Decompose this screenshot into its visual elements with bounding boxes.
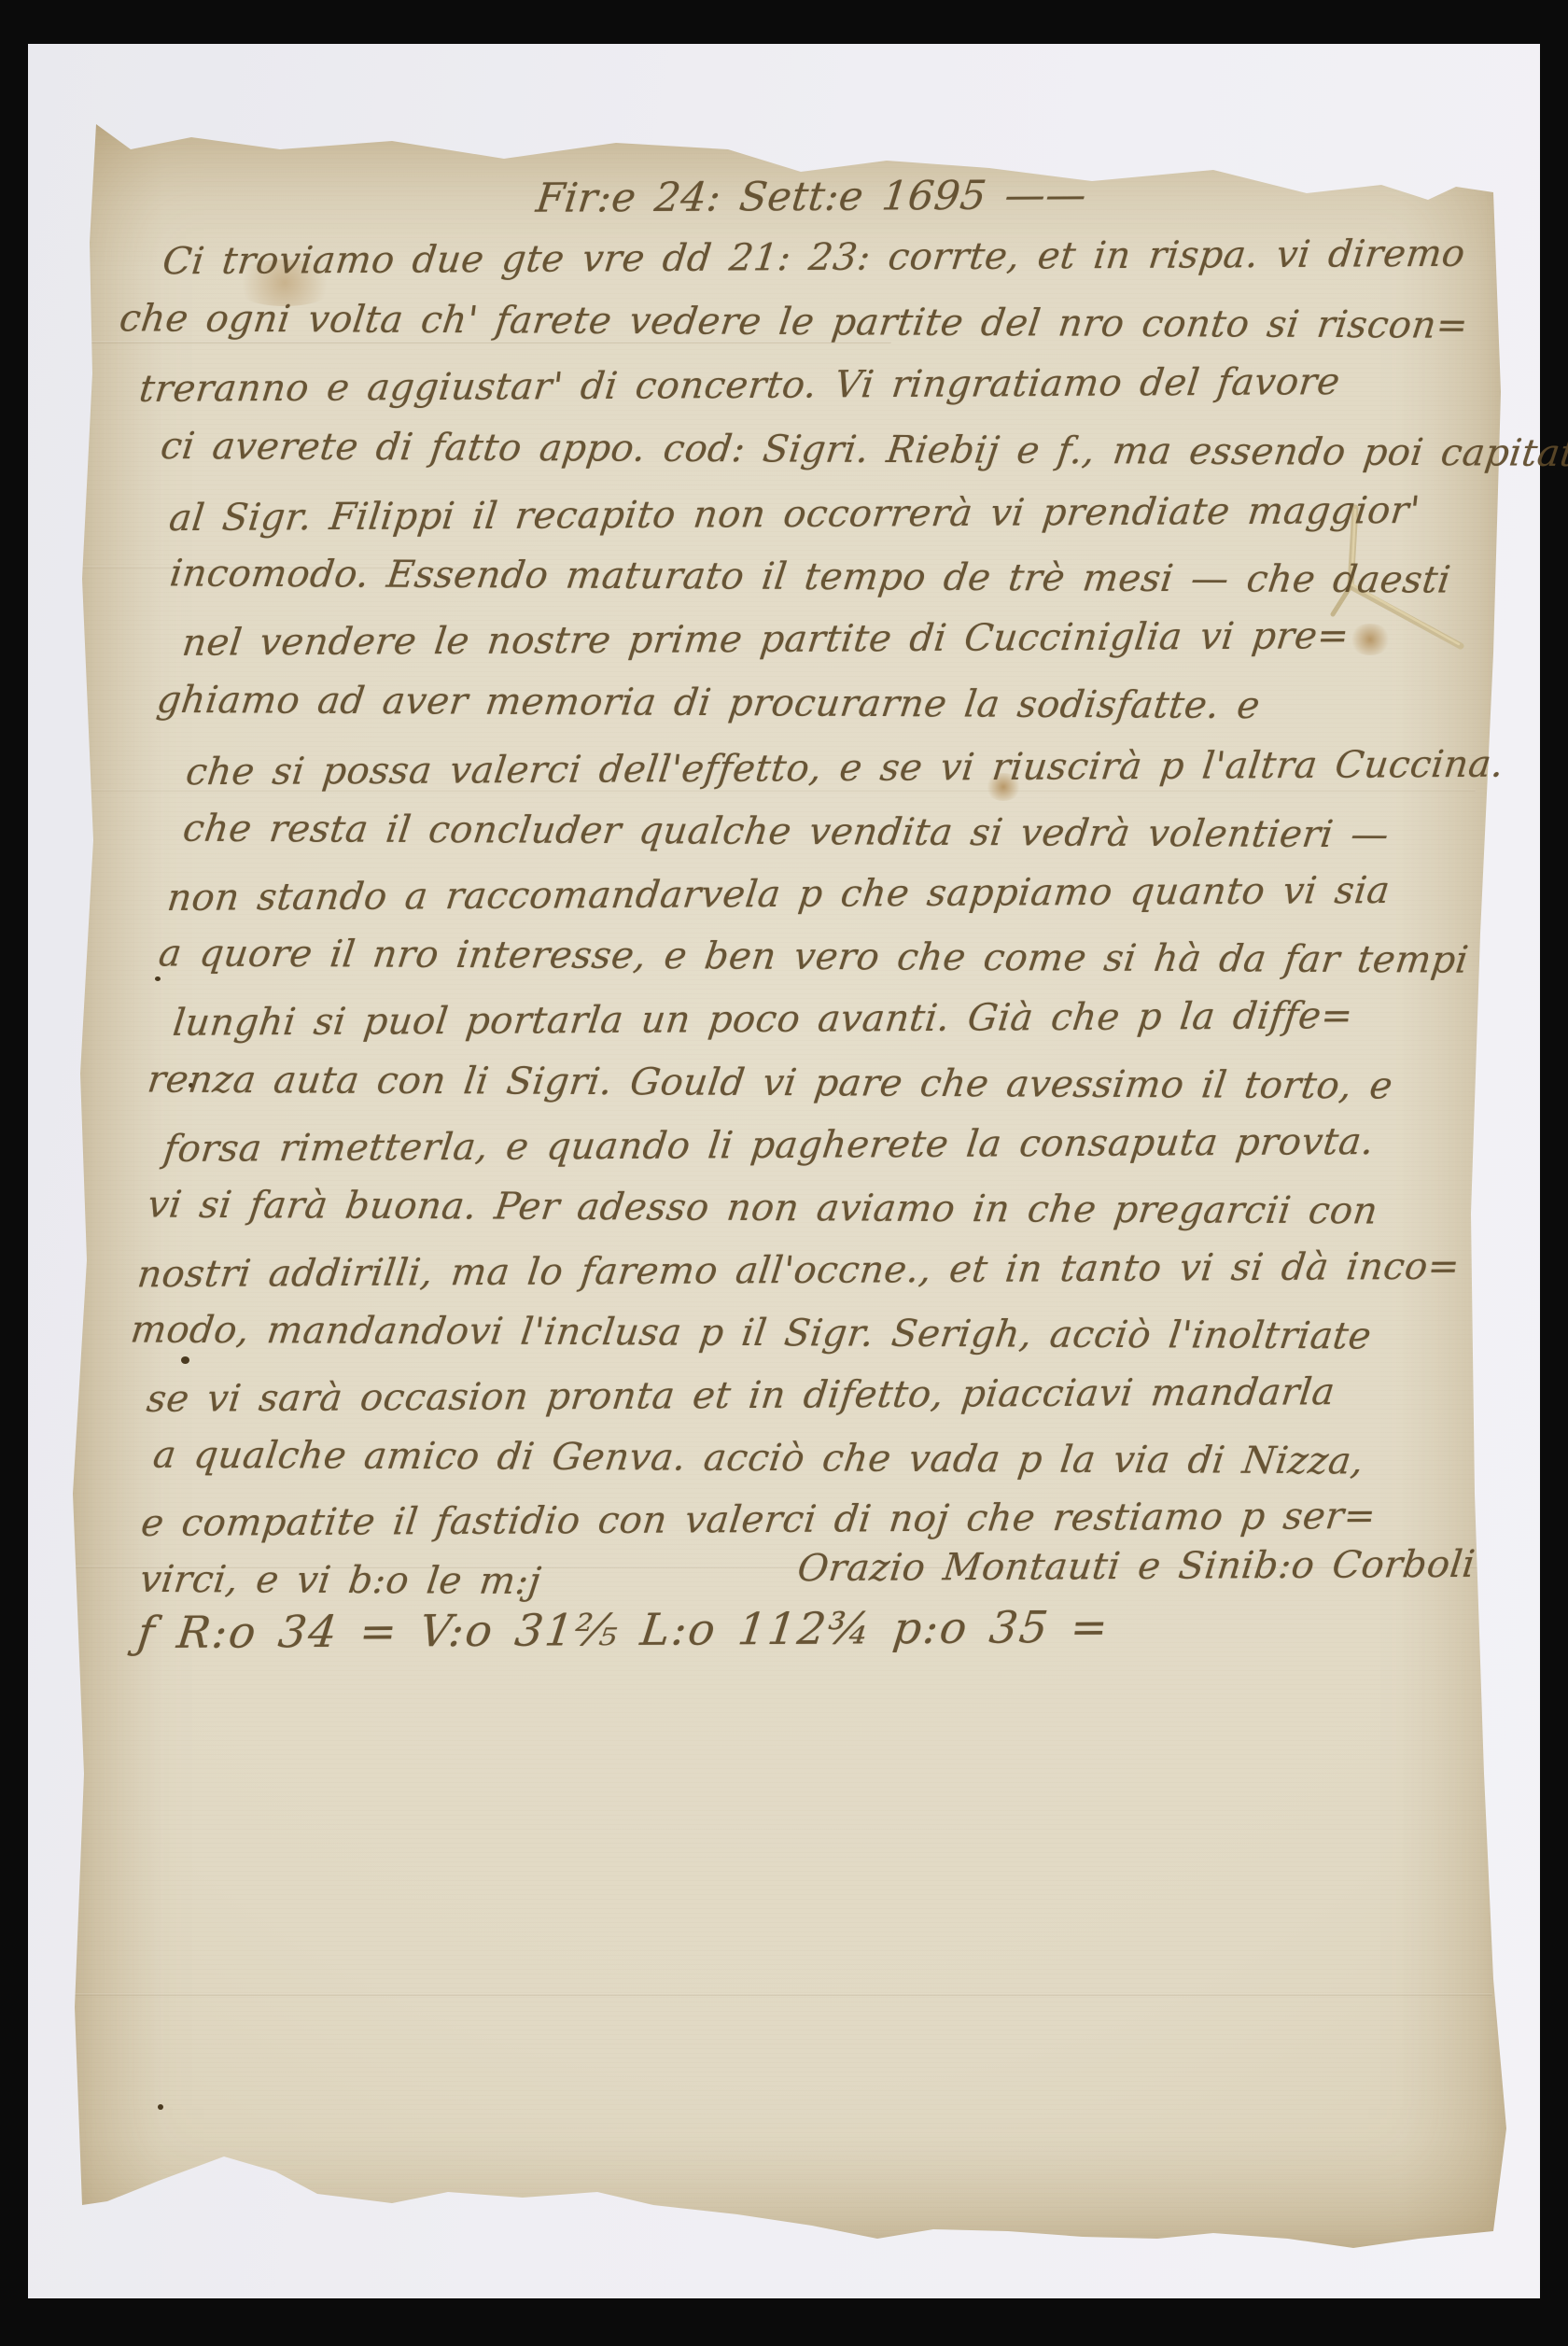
letter-line: non stando a raccomandarvela p che sappi… [164,860,1393,929]
letter-line: modo, mandandovi l'inclusa p il Sigr. Se… [127,1299,1375,1368]
ink-speck [158,2104,163,2110]
letter-line: renza auta con li Sigri. Gould vi pare c… [144,1049,1396,1117]
photograph-of-letter: Fir:e 24: Sett:e 1695 —— Ci troviamo due… [0,0,1568,2346]
letter-line: che ogni volta ch' farete vedere le part… [116,288,1472,357]
accounting-line: ƒ R:o 34 = V:o 31⅖ L:o 112¾ p:o 35 = [134,1597,1113,1665]
letter-line: ghiamo ad aver memoria di procurarne la … [153,669,1264,737]
letter-line: treranno e aggiustar' di concerto. Vi ri… [136,351,1344,420]
letter-line: a qualche amico di Genva. acciò che vada… [149,1425,1367,1493]
signature: Orazio Montauti e Sinib:o Corboli [794,1534,1478,1599]
letter-line: vi si farà buona. Per adesso non aviamo … [144,1174,1381,1243]
letter-line: a quore il nro interesse, e ben vero che… [155,922,1472,990]
letter-line: ci averete di fatto appo. cod: Sigri. Ri… [157,415,1568,485]
letter-line: se vi sarà occasion pronta et in difetto… [144,1361,1338,1430]
fold-crease [64,1993,1492,1996]
letter-dateline: Fir:e 24: Sett:e 1695 —— [533,164,1090,230]
letter-line: lunghi si puol portarla un poco avanti. … [170,985,1357,1054]
letter-line: incomodo. Essendo maturato il tempo de t… [166,542,1454,611]
letter-line: forsa rimetterla, e quando li pagherete … [161,1111,1378,1180]
letter-line: che si possa valerci dell'effetto, e se … [183,734,1507,804]
letter-line: Ci troviamo due gte vre dd 21: 23: corrt… [160,223,1469,293]
letter-line: nostri addirilli, ma lo faremo all'occne… [134,1236,1463,1306]
letter-line: al Sigr. Filippi il recapito non occorre… [166,480,1423,549]
letter-line: nel vendere le nostre prime partite di C… [179,605,1353,674]
letter-line: che resta il concluder qualche vendita s… [179,798,1393,866]
